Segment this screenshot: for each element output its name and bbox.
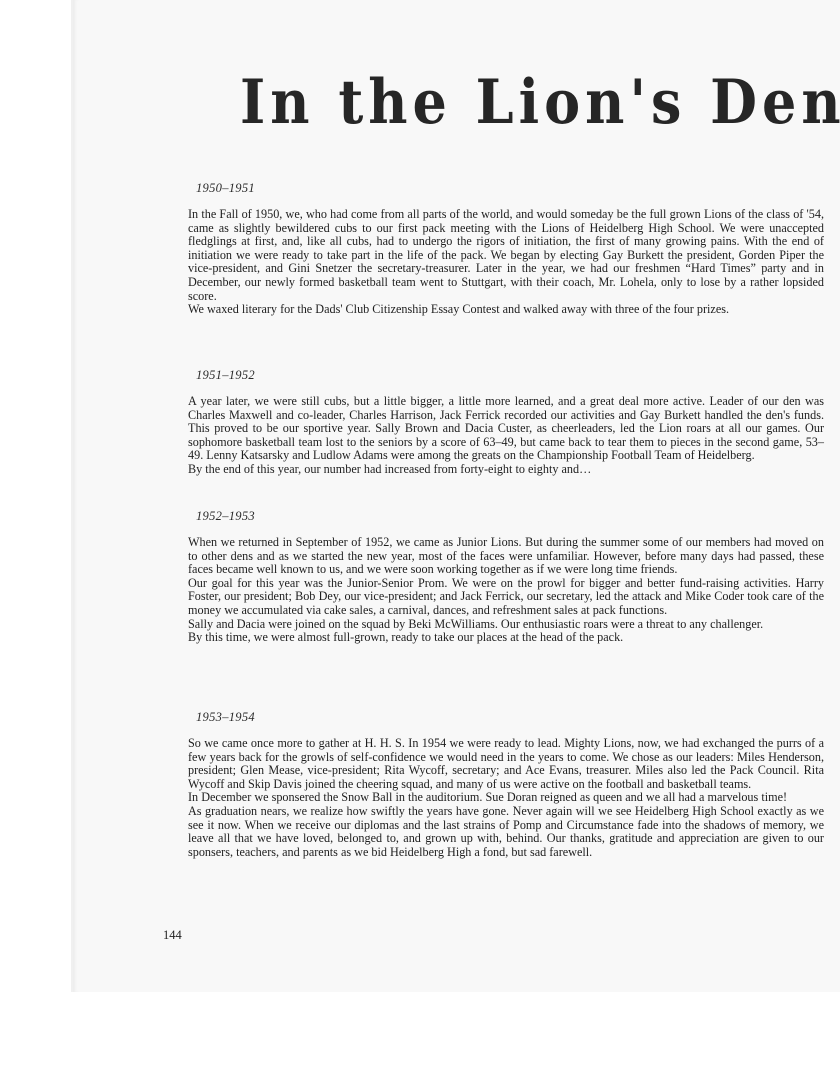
section-paragraph: By this time, we were almost full-grown,… — [188, 631, 824, 645]
section-paragraph: As graduation nears, we realize how swif… — [188, 805, 824, 859]
section-paragraph: In December we sponsered the Snow Ball i… — [188, 791, 824, 805]
page-title: In the Lion's Den — [240, 66, 800, 138]
section-paragraph: So we came once more to gather at H. H. … — [188, 737, 824, 791]
section-1951-1952: 1951–1952 A year later, we were still cu… — [188, 368, 824, 477]
section-1950-1951: 1950–1951 In the Fall of 1950, we, who h… — [188, 181, 824, 317]
section-paragraph: Sally and Dacia were joined on the squad… — [188, 618, 824, 632]
page-number: 144 — [163, 928, 182, 943]
section-1953-1954: 1953–1954 So we came once more to gather… — [188, 710, 824, 859]
section-year-heading: 1953–1954 — [196, 710, 824, 725]
section-year-heading: 1952–1953 — [196, 509, 824, 524]
section-paragraph: By the end of this year, our number had … — [188, 463, 824, 477]
section-paragraph: When we returned in September of 1952, w… — [188, 536, 824, 577]
section-1952-1953: 1952–1953 When we returned in September … — [188, 509, 824, 645]
section-year-heading: 1950–1951 — [196, 181, 824, 196]
section-year-heading: 1951–1952 — [196, 368, 824, 383]
section-paragraph: A year later, we were still cubs, but a … — [188, 395, 824, 463]
section-paragraph: Our goal for this year was the Junior-Se… — [188, 577, 824, 618]
section-paragraph: In the Fall of 1950, we, who had come fr… — [188, 208, 824, 303]
section-paragraph: We waxed literary for the Dads' Club Cit… — [188, 303, 824, 317]
